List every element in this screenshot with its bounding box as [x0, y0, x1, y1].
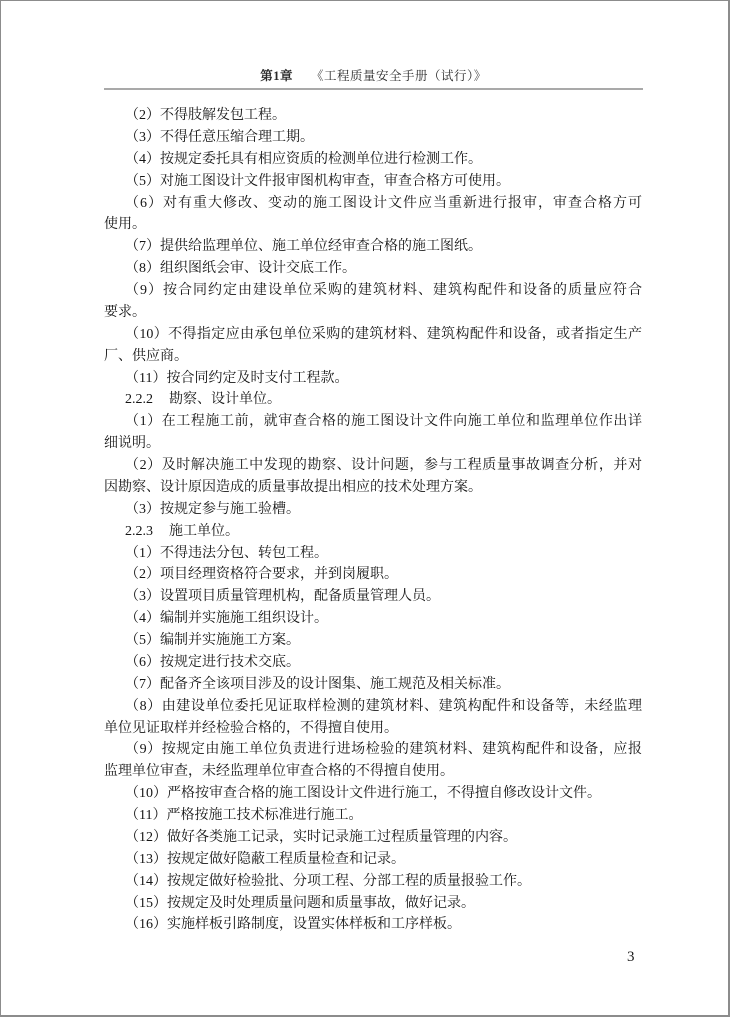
paragraph-line: （10）不得指定应由承包单位采购的建筑材料、建筑构配件和设备，或者指定生产 — [104, 324, 642, 346]
paragraph-line: （3）不得任意压缩合理工期。 — [104, 127, 642, 149]
list-item: （15）按规定及时处理质量问题和质量事故，做好记录。 — [104, 893, 642, 915]
paragraph-line: （5）对施工图设计文件报审图机构审查，审查合格方可使用。 — [104, 171, 642, 193]
chapter-label: 第1章 — [260, 69, 293, 83]
list-item: （4）按规定委托具有相应资质的检测单位进行检测工作。 — [104, 149, 642, 171]
paragraph-line: （11）严格按施工技术标准进行施工。 — [104, 805, 642, 827]
list-item: （7）提供给监理单位、施工单位经审查合格的施工图纸。 — [104, 236, 642, 258]
paragraph-line: （2）不得肢解发包工程。 — [104, 105, 642, 127]
section-number: 2.2.2 — [125, 389, 153, 411]
list-item: （3）设置项目质量管理机构，配备质量管理人员。 — [104, 586, 642, 608]
paragraph-line: 厂、供应商。 — [104, 346, 642, 368]
list-item: （13）按规定做好隐蔽工程质量检查和记录。 — [104, 849, 642, 871]
document-page: 第1章《工程质量安全手册（试行）》 （2）不得肢解发包工程。 （3）不得任意压缩… — [0, 0, 730, 1017]
body-text: （2）不得肢解发包工程。 （3）不得任意压缩合理工期。 （4）按规定委托具有相应… — [104, 105, 642, 936]
paragraph-line: （2）及时解决施工中发现的勘察、设计问题，参与工程质量事故调查分析，并对 — [104, 455, 642, 477]
paragraph-line: （9）按规定由施工单位负责进行进场检验的建筑材料、建筑构配件和设备，应报 — [104, 739, 642, 761]
paragraph-line: （4）按规定委托具有相应资质的检测单位进行检测工作。 — [104, 149, 642, 171]
list-item: （8）组织图纸会审、设计交底工作。 — [104, 258, 642, 280]
paragraph-line: （9）按合同约定由建设单位采购的建筑材料、建筑构配件和设备的质量应符合 — [104, 280, 642, 302]
list-item: （11）严格按施工技术标准进行施工。 — [104, 805, 642, 827]
paragraph-line: （6）对有重大修改、变动的施工图设计文件应当重新进行报审，审查合格方可 — [104, 193, 642, 215]
list-item: （6）对有重大修改、变动的施工图设计文件应当重新进行报审，审查合格方可 使用。 — [104, 193, 642, 237]
list-item: （16）实施样板引路制度，设置实体样板和工序样板。 — [104, 914, 642, 936]
section-heading-2-2-3: 2.2.3施工单位。 — [104, 521, 642, 543]
list-item: （5）对施工图设计文件报审图机构审查，审查合格方可使用。 — [104, 171, 642, 193]
paragraph-line: （10）严格按审查合格的施工图设计文件进行施工，不得擅自修改设计文件。 — [104, 783, 642, 805]
list-item: （8）由建设单位委托见证取样检测的建筑材料、建筑构配件和设备等，未经监理 单位见… — [104, 696, 642, 740]
page-number: 3 — [627, 947, 635, 967]
paragraph-line: （1）不得违法分包、转包工程。 — [104, 543, 642, 565]
paragraph-line: 要求。 — [104, 302, 642, 324]
paragraph-line: （3）按规定参与施工验槽。 — [104, 499, 642, 521]
list-item: （2）项目经理资格符合要求，并到岗履职。 — [104, 564, 642, 586]
paragraph-line: （8）组织图纸会审、设计交底工作。 — [104, 258, 642, 280]
paragraph-line: （7）配备齐全该项目涉及的设计图集、施工规范及相关标准。 — [104, 674, 642, 696]
header-rule — [104, 88, 643, 90]
list-item: （1）在工程施工前，就审查合格的施工图设计文件向施工单位和监理单位作出详 细说明… — [104, 411, 642, 455]
list-item: （7）配备齐全该项目涉及的设计图集、施工规范及相关标准。 — [104, 674, 642, 696]
list-item: （2）不得肢解发包工程。 — [104, 105, 642, 127]
paragraph-line: （3）设置项目质量管理机构，配备质量管理人员。 — [104, 586, 642, 608]
section-title: 施工单位。 — [169, 524, 239, 539]
list-item: （12）做好各类施工记录，实时记录施工过程质量管理的内容。 — [104, 827, 642, 849]
paragraph-line: 监理单位审查，未经监理单位审查合格的不得擅自使用。 — [104, 761, 642, 783]
running-header: 第1章《工程质量安全手册（试行）》 — [104, 67, 643, 85]
paragraph-line: 单位见证取样并经检验合格的，不得擅自使用。 — [104, 718, 642, 740]
paragraph-line: （2）项目经理资格符合要求，并到岗履职。 — [104, 564, 642, 586]
paragraph-line: （15）按规定及时处理质量问题和质量事故，做好记录。 — [104, 893, 642, 915]
list-item: （3）按规定参与施工验槽。 — [104, 499, 642, 521]
paragraph-line: （7）提供给监理单位、施工单位经审查合格的施工图纸。 — [104, 236, 642, 258]
section-number: 2.2.3 — [125, 521, 153, 543]
list-item: （4）编制并实施施工组织设计。 — [104, 608, 642, 630]
paragraph-line: 细说明。 — [104, 433, 642, 455]
list-item: （11）按合同约定及时支付工程款。 — [104, 368, 642, 390]
list-item: （10）不得指定应由承包单位采购的建筑材料、建筑构配件和设备，或者指定生产 厂、… — [104, 324, 642, 368]
paragraph-line: 因勘察、设计原因造成的质量事故提出相应的技术处理方案。 — [104, 477, 642, 499]
list-item: （9）按合同约定由建设单位采购的建筑材料、建筑构配件和设备的质量应符合 要求。 — [104, 280, 642, 324]
list-item: （9）按规定由施工单位负责进行进场检验的建筑材料、建筑构配件和设备，应报 监理单… — [104, 739, 642, 783]
list-item: （2）及时解决施工中发现的勘察、设计问题，参与工程质量事故调查分析，并对 因勘察… — [104, 455, 642, 499]
list-item: （1）不得违法分包、转包工程。 — [104, 543, 642, 565]
paragraph-line: 使用。 — [104, 214, 642, 236]
section-title: 勘察、设计单位。 — [169, 392, 281, 407]
paragraph-line: （1）在工程施工前，就审查合格的施工图设计文件向施工单位和监理单位作出详 — [104, 411, 642, 433]
paragraph-line: （11）按合同约定及时支付工程款。 — [104, 368, 642, 390]
paragraph-line: （13）按规定做好隐蔽工程质量检查和记录。 — [104, 849, 642, 871]
book-title: 《工程质量安全手册（试行）》 — [311, 69, 487, 83]
list-item: （6）按规定进行技术交底。 — [104, 652, 642, 674]
paragraph-line: （5）编制并实施施工方案。 — [104, 630, 642, 652]
list-item: （3）不得任意压缩合理工期。 — [104, 127, 642, 149]
paragraph-line: （14）按规定做好检验批、分项工程、分部工程的质量报验工作。 — [104, 871, 642, 893]
list-item: （5）编制并实施施工方案。 — [104, 630, 642, 652]
paragraph-line: （8）由建设单位委托见证取样检测的建筑材料、建筑构配件和设备等，未经监理 — [104, 696, 642, 718]
list-item: （10）严格按审查合格的施工图设计文件进行施工，不得擅自修改设计文件。 — [104, 783, 642, 805]
section-heading-2-2-2: 2.2.2勘察、设计单位。 — [104, 389, 642, 411]
paragraph-line: （6）按规定进行技术交底。 — [104, 652, 642, 674]
paragraph-line: （16）实施样板引路制度，设置实体样板和工序样板。 — [104, 914, 642, 936]
list-item: （14）按规定做好检验批、分项工程、分部工程的质量报验工作。 — [104, 871, 642, 893]
paragraph-line: （4）编制并实施施工组织设计。 — [104, 608, 642, 630]
paragraph-line: （12）做好各类施工记录，实时记录施工过程质量管理的内容。 — [104, 827, 642, 849]
